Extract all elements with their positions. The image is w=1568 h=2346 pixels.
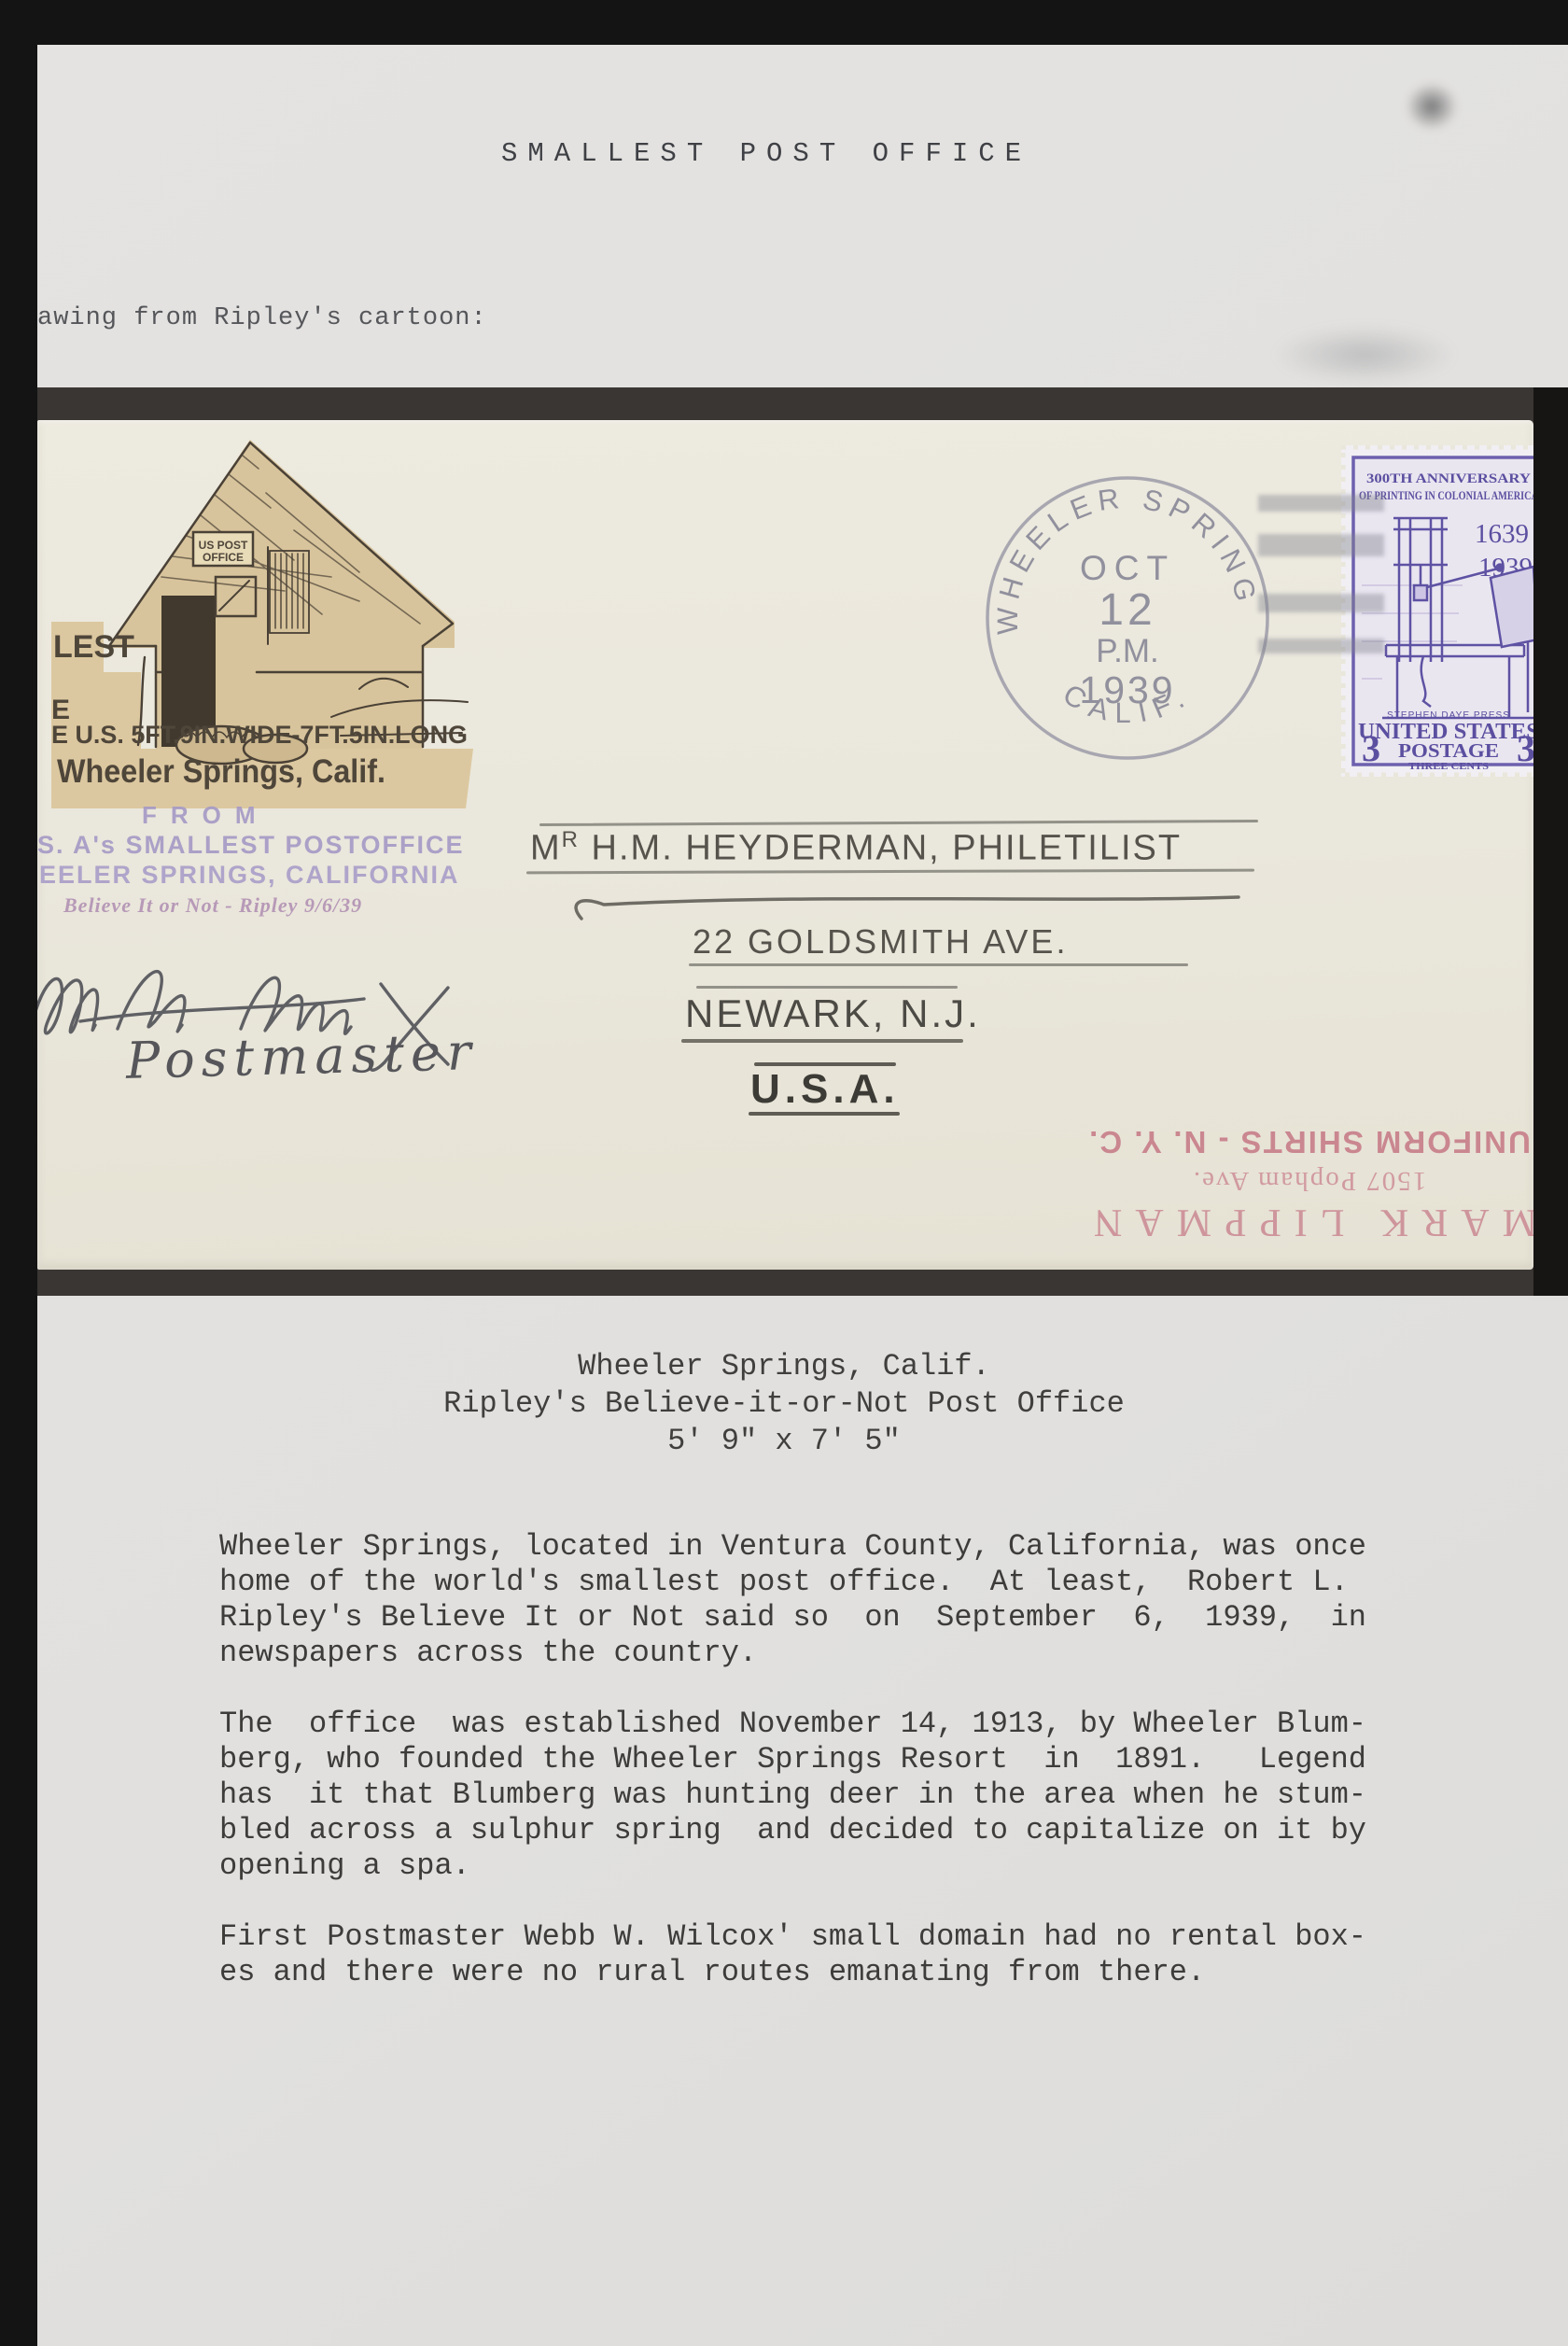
paragraph-2: The office was established November 14, …: [219, 1707, 1461, 1884]
clipping-paper: [109, 440, 455, 749]
handstamp-line: Believe It or Not - Ripley 9/6/39: [63, 893, 362, 918]
address-flourish: [565, 892, 1246, 922]
scanned-album-page: { "page": { "title": "SMALLEST POST OFFI…: [0, 0, 1568, 2346]
intro-caption: awing from Ripley's cartoon:: [37, 304, 487, 332]
cachet-sign-line2: OFFICE: [203, 551, 244, 564]
address-honorific-sup: R: [562, 827, 580, 852]
address-line3: NEWARK, N.J.: [685, 991, 981, 1036]
stamp-header2: OF PRINTING IN COLONIAL AMERICA: [1359, 489, 1533, 502]
caption-line1: Wheeler Springs, Calif.: [37, 1348, 1531, 1385]
cancel-bar: [1258, 534, 1384, 556]
cover-photo: US POST OFFICE LEST E E U.S. 5FT.9IN.WID…: [37, 387, 1568, 1296]
stamp-year-top: 1639: [1475, 519, 1529, 549]
corner-card-street: 1507 Popham Ave.: [1064, 1165, 1533, 1196]
handstamp-line: S. A's SMALLEST POSTOFFICE: [37, 831, 464, 860]
caption-line2: Ripley's Believe-it-or-Not Post Office: [37, 1385, 1531, 1423]
stamp-value-words: THREE CENTS: [1408, 761, 1489, 772]
cancel-bar: [1258, 639, 1384, 653]
photo-dark-edge: [1533, 387, 1568, 1296]
handstamp-line: FROM: [142, 801, 270, 830]
address-line1: MR H.M. HEYDERMAN, PHILETILIST: [530, 827, 1182, 869]
caption-line3: 5' 9" x 7' 5": [37, 1423, 1531, 1460]
postmark: WHEELER SPRINGS CALIF. OCT 12 P.M. 1939: [973, 464, 1281, 772]
paragraph-3: First Postmaster Webb W. Wilcox' small d…: [219, 1919, 1461, 1990]
postmark-month: OCT: [1080, 549, 1175, 587]
address-honorific: M: [530, 829, 562, 868]
postmark-year: 1939: [1079, 668, 1175, 711]
postmark-meridiem: P.M.: [1096, 633, 1158, 669]
stamp-denomination-left: 3: [1362, 727, 1380, 769]
body-text: Wheeler Springs, located in Ventura Coun…: [219, 1529, 1461, 2026]
stamp-header1: 300TH ANNIVERSARY: [1366, 471, 1531, 486]
stamp-postage: POSTAGE: [1398, 739, 1499, 762]
address-rule: [689, 963, 1188, 966]
postmaster-label: Postmaster: [125, 1022, 478, 1090]
album-page: SMALLEST POST OFFICE awing from Ripley's…: [37, 45, 1568, 2346]
corner-card-name: MARK LIPPMAN: [1064, 1200, 1533, 1244]
address-rule: [681, 1039, 963, 1043]
address-rule: [749, 1112, 900, 1116]
cachet-place-line: Wheeler Springs, Calif.: [57, 753, 385, 790]
cancel-bar: [1258, 495, 1384, 512]
address-line2: 22 GOLDSMITH AVE.: [693, 922, 1068, 962]
page-smudge: [1395, 73, 1468, 140]
postmark-day: 12: [1099, 585, 1155, 635]
paragraph-1: Wheeler Springs, located in Ventura Coun…: [219, 1529, 1461, 1671]
handstamp-line: EELER SPRINGS, CALIFORNIA: [39, 861, 460, 890]
page-title: SMALLEST POST OFFICE: [501, 138, 1031, 169]
cachet-size-line: E U.S. 5FT.9IN.WIDE-7FT.5IN.LONG: [51, 721, 468, 749]
red-corner-card: MARK LIPPMAN 1507 Popham Ave. UNIFORM SH…: [1064, 1062, 1533, 1244]
pencil-smudge: [1243, 316, 1486, 394]
cachet-clipping: US POST OFFICE LEST E E U.S. 5FT.9IN.WID…: [51, 437, 476, 810]
address-rule: [696, 986, 958, 989]
address-rule: [526, 869, 1254, 875]
envelope: US POST OFFICE LEST E E U.S. 5FT.9IN.WID…: [37, 420, 1533, 1270]
cachet-sign-line1: US POST: [199, 539, 248, 552]
cancel-bar: [1258, 594, 1384, 612]
address-rule: [539, 820, 1258, 826]
cachet-fragment-top: LEST: [53, 629, 134, 665]
address-line4: U.S.A.: [750, 1066, 900, 1113]
address-name: H.M. HEYDERMAN, PHILETILIST: [580, 829, 1182, 868]
corner-card-business: UNIFORM SHIRTS - N. Y. C.: [1064, 1124, 1533, 1159]
stamp-denomination-right: 3: [1517, 727, 1533, 769]
photo-caption: Wheeler Springs, Calif. Ripley's Believe…: [37, 1348, 1531, 1460]
